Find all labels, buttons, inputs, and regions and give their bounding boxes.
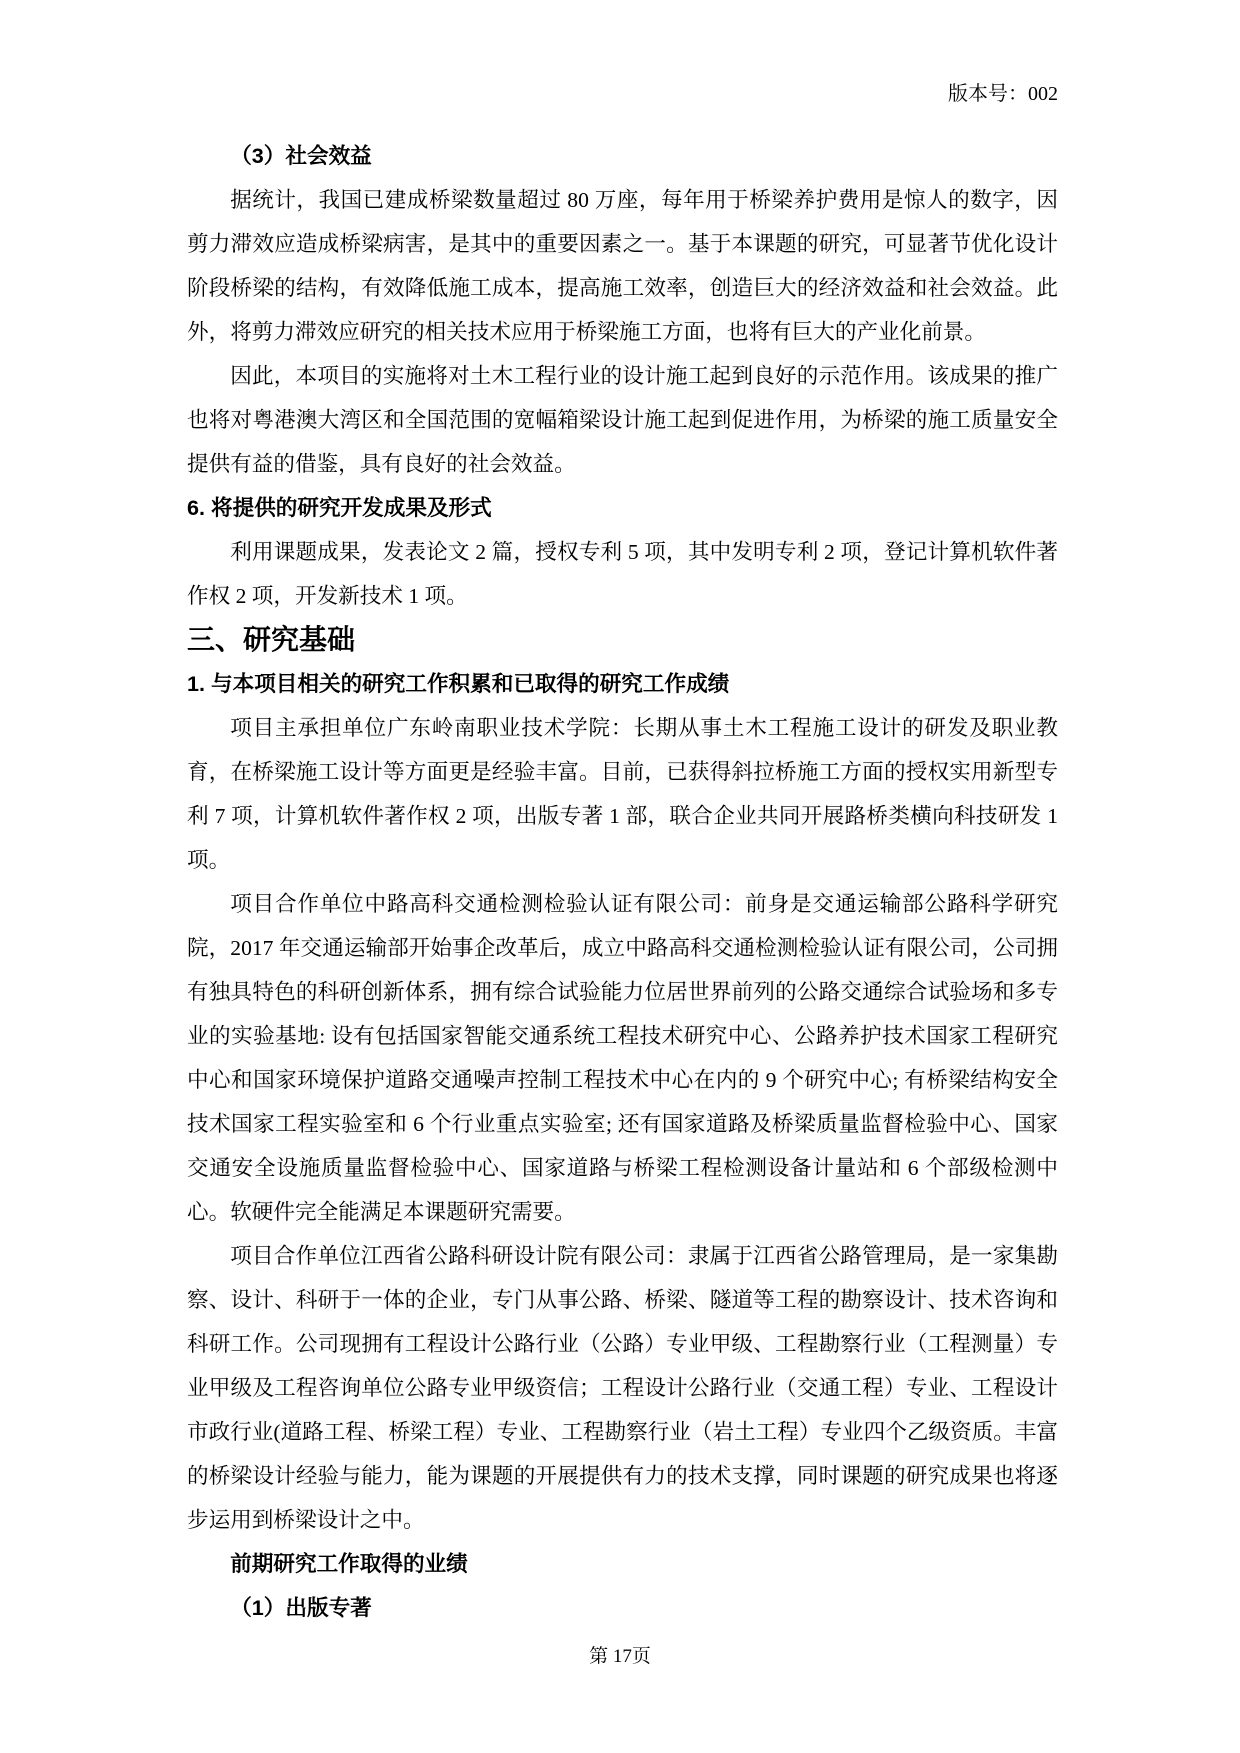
paragraph-bridge-statistics: 据统计，我国已建成桥梁数量超过 80 万座，每年用于桥梁养护费用是惊人的数字，因…: [187, 178, 1058, 354]
heading-published-monographs: （1）出版专著: [187, 1586, 1058, 1630]
paragraph-expected-outputs: 利用课题成果，发表论文 2 篇，授权专利 5 项，其中发明专利 2 项，登记计算…: [187, 530, 1058, 618]
document-body: （3）社会效益 据统计，我国已建成桥梁数量超过 80 万座，每年用于桥梁养护费用…: [187, 134, 1058, 1630]
page-number: 第 17页: [589, 1646, 651, 1667]
version-label: 版本号：002: [948, 83, 1058, 105]
paragraph-partner-zhonglu-gaoke: 项目合作单位中路高科交通检测检验认证有限公司：前身是交通运输部公路科学研究院，2…: [187, 882, 1058, 1234]
heading-related-work-achievements: 1. 与本项目相关的研究工作积累和已取得的研究工作成绩: [187, 662, 1058, 706]
paragraph-demonstration-effect: 因此，本项目的实施将对土木工程行业的设计施工起到良好的示范作用。该成果的推广也将…: [187, 354, 1058, 486]
paragraph-lead-institution: 项目主承担单位广东岭南职业技术学院：长期从事土木工程施工设计的研发及职业教育，在…: [187, 706, 1058, 882]
page-footer: 第 17页: [0, 1645, 1240, 1669]
paragraph-partner-jiangxi-highway: 项目合作单位江西省公路科研设计院有限公司：隶属于江西省公路管理局，是一家集勘察、…: [187, 1234, 1058, 1542]
document-page: 版本号：002 （3）社会效益 据统计，我国已建成桥梁数量超过 80 万座，每年…: [0, 0, 1240, 1753]
heading-research-foundation: 三、研究基础: [187, 618, 1058, 662]
heading-research-results-form: 6. 将提供的研究开发成果及形式: [187, 486, 1058, 530]
heading-previous-achievements: 前期研究工作取得的业绩: [187, 1542, 1058, 1586]
heading-social-benefit: （3）社会效益: [187, 134, 1058, 178]
page-header: 版本号：002: [187, 82, 1058, 106]
